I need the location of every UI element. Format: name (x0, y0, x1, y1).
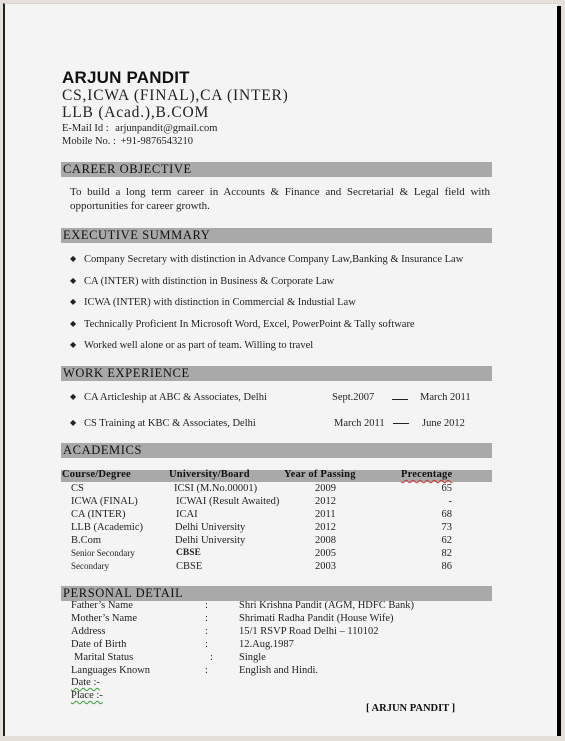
academics-cell-percentage: 68 (430, 509, 452, 520)
personal-detail-label: Father’s Name (71, 600, 133, 611)
section-header-career-objective: CAREER OBJECTIVE (61, 162, 492, 177)
page-bottom-edge (0, 736, 565, 741)
academics-cell-course: B.Com (71, 535, 101, 546)
column-header-course: Course/Degree (62, 469, 131, 480)
academics-cell-year: 2005 (315, 548, 336, 559)
column-header-board: University/Board (169, 469, 250, 480)
academics-cell-year: 2012 (315, 522, 336, 533)
personal-detail-separator: : (210, 652, 213, 663)
place-label: Place :- (71, 690, 103, 701)
qualification-line-2: LLB (Acad.),B.COM (62, 104, 209, 122)
academics-cell-year: 2003 (315, 561, 336, 572)
diamond-bullet-icon: ◆ (70, 297, 84, 306)
academics-cell-year: 2008 (315, 535, 336, 546)
summary-item: ◆Technically Proficient In Microsoft Wor… (70, 319, 415, 330)
academics-cell-percentage: 82 (430, 548, 452, 559)
academics-cell-percentage: 62 (430, 535, 452, 546)
academics-cell-board: Delhi University (175, 535, 245, 546)
personal-detail-label: Mother’s Name (71, 613, 137, 624)
personal-detail-value: English and Hindi. (239, 665, 318, 676)
personal-detail-value: Single (239, 652, 266, 663)
academics-cell-board: CBSE (176, 548, 201, 558)
page-shadow-right (557, 6, 561, 738)
personal-detail-separator: : (205, 613, 208, 624)
academics-cell-course: CS (71, 483, 84, 494)
signature: [ ARJUN PANDIT ] (366, 703, 455, 714)
academics-cell-course: LLB (Academic) (71, 522, 143, 533)
career-objective-text: To build a long term career in Accounts … (70, 186, 490, 213)
summary-item: ◆CA (INTER) with distinction in Business… (70, 276, 334, 287)
personal-detail-value: Shri Krishna Pandit (AGM, HDFC Bank) (239, 600, 414, 611)
academics-cell-course: Senior Secondary (71, 548, 135, 558)
column-header-year: Year of Passing (284, 469, 356, 480)
work-item-from: March 2011 (334, 418, 385, 429)
work-item-role: ◆CA Articleship at ABC & Associates, Del… (70, 392, 267, 403)
personal-detail-value: 15/1 RSVP Road Delhi – 110102 (239, 626, 379, 637)
diamond-bullet-icon: ◆ (70, 392, 84, 401)
section-header-personal-detail: PERSONAL DETAIL (61, 586, 492, 601)
academics-cell-year: 2011 (315, 509, 336, 520)
personal-detail-value: 12.Aug.1987 (239, 639, 294, 650)
academics-cell-percentage: 65 (430, 483, 452, 494)
work-item-role: ◆CS Training at KBC & Associates, Delhi (70, 418, 256, 429)
personal-detail-label: Marital Status (74, 652, 133, 663)
academics-cell-board: ICSI (M.No.00001) (174, 483, 257, 494)
mobile-row: Mobile No. : +91-9876543210 (62, 136, 193, 147)
work-item-to: March 2011 (420, 392, 471, 403)
diamond-bullet-icon: ◆ (70, 319, 84, 328)
academics-cell-course: ICWA (FINAL) (71, 496, 138, 507)
personal-detail-value: Shrimati Radha Pandit (House Wife) (239, 613, 394, 624)
personal-detail-separator: : (205, 626, 208, 637)
academics-cell-percentage: - (430, 496, 452, 507)
diamond-bullet-icon: ◆ (70, 254, 84, 263)
email-row: E-Mail Id : arjunpandit@gmail.com (62, 123, 217, 134)
email-label: E-Mail Id : (62, 123, 109, 134)
section-header-work-experience: WORK EXPERIENCE (61, 366, 492, 381)
academics-cell-board: CBSE (176, 561, 202, 572)
mobile-value: +91-9876543210 (121, 136, 193, 147)
email-value[interactable]: arjunpandit@gmail.com (115, 123, 217, 134)
diamond-bullet-icon: ◆ (70, 418, 84, 427)
personal-detail-separator: : (205, 665, 208, 676)
summary-item: ◆Company Secretary with distinction in A… (70, 254, 463, 265)
academics-cell-percentage: 73 (430, 522, 452, 533)
academics-cell-percentage: 86 (430, 561, 452, 572)
section-header-academics: ACADEMICS (61, 443, 492, 458)
personal-detail-label: Date of Birth (71, 639, 126, 650)
summary-item: ◆ICWA (INTER) with distinction in Commer… (70, 297, 356, 308)
academics-cell-course: CA (INTER) (71, 509, 126, 520)
personal-detail-separator: : (205, 600, 208, 611)
work-item-from: Sept.2007 (332, 392, 374, 403)
academics-cell-board: ICAI (176, 509, 198, 520)
diamond-bullet-icon: ◆ (70, 276, 84, 285)
qualification-line-1: CS,ICWA (FINAL),CA (INTER) (62, 87, 289, 105)
section-header-executive-summary: EXECUTIVE SUMMARY (61, 228, 492, 243)
work-item-to: June 2012 (422, 418, 465, 429)
diamond-bullet-icon: ◆ (70, 340, 84, 349)
date-range-dash (393, 423, 409, 424)
personal-detail-separator: : (205, 639, 208, 650)
date-range-dash (392, 399, 408, 400)
summary-item: ◆Worked well alone or as part of team. W… (70, 340, 313, 351)
academics-cell-course: Secondary (71, 561, 109, 571)
personal-detail-label: Address (71, 626, 105, 637)
academics-cell-year: 2009 (315, 483, 336, 494)
academics-cell-year: 2012 (315, 496, 336, 507)
academics-cell-board: ICWAI (Result Awaited) (176, 496, 279, 507)
mobile-label: Mobile No. : (62, 136, 116, 147)
candidate-name: ARJUN PANDIT (62, 68, 190, 88)
column-header-percentage: Precentage (401, 469, 452, 480)
personal-detail-label: Languages Known (71, 665, 150, 676)
academics-cell-board: Delhi University (175, 522, 245, 533)
date-label: Date :- (71, 677, 100, 688)
